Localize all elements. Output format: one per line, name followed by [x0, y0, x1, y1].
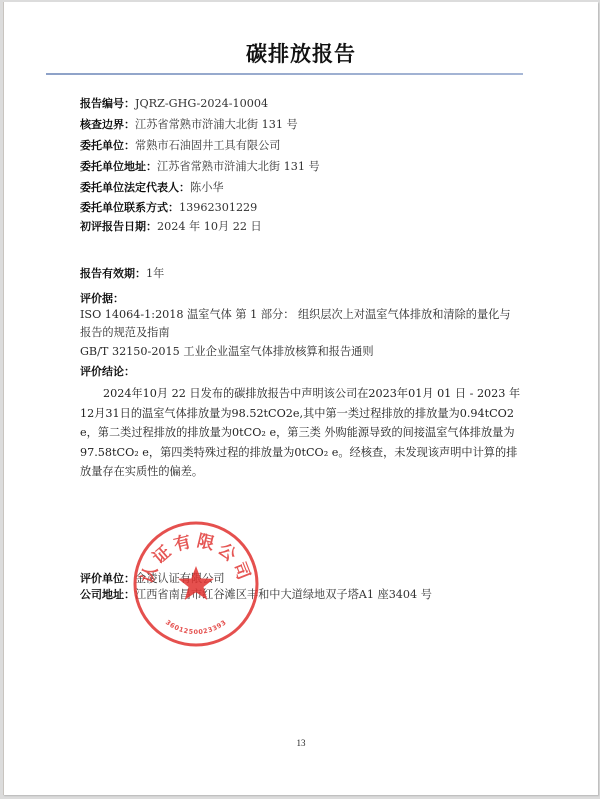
field-value: 江西省南昌市红谷滩区丰和中大道绿地双子塔A1 座3404 号: [135, 588, 432, 601]
field-evaluator-unit: 评价单位：金凌认证有限公司: [80, 572, 225, 586]
field-label: 初评报告日期：: [80, 220, 157, 233]
field-client-unit: 委托单位：常熟市石油固井工具有限公司: [80, 139, 280, 153]
conclusion-paragraph: 2024年10月 22 日发布的碳排放报告中声明该公司在2023年01月 01 …: [80, 384, 528, 482]
field-value: 1年: [146, 267, 164, 280]
field-client-address: 委托单位地址：江苏省常熟市浒浦大北街 131 号: [80, 160, 320, 174]
field-label: 评价单位：: [80, 572, 135, 585]
page-number: 13: [4, 738, 598, 748]
document-title: 碳排放报告: [4, 38, 598, 68]
field-value: 陈小华: [190, 181, 224, 194]
title-divider: [46, 73, 523, 75]
basis-label: 评价据：: [80, 292, 124, 305]
field-value: 常熟市石油固井工具有限公司: [135, 139, 280, 152]
field-label: 报告编号：: [80, 97, 135, 110]
basis-item-gbt: GB/T 32150-2015 工业企业温室气体排放核算和报告通则: [80, 343, 520, 361]
field-label: 委托单位：: [80, 139, 135, 152]
field-contact: 委托单位联系方式：13962301229: [80, 201, 257, 215]
field-value: 2024 年 10月 22 日: [157, 220, 262, 233]
field-value: 江苏省常熟市浒浦大北街 131 号: [157, 160, 320, 173]
basis-heading: 评价据：: [80, 292, 124, 306]
document-page: 碳排放报告 报告编号：JQRZ-GHG-2024-10004 核查边界：江苏省常…: [3, 2, 598, 795]
svg-text:3601250023393: 3601250023393: [164, 618, 228, 636]
field-value: JQRZ-GHG-2024-10004: [135, 97, 268, 110]
field-evaluator-address: 公司地址：江西省南昌市红谷滩区丰和中大道绿地双子塔A1 座3404 号: [80, 588, 432, 602]
conclusion-heading: 评价结论：: [80, 365, 135, 379]
field-value: 金凌认证有限公司: [135, 572, 225, 585]
conclusion-text: 2024年10月 22 日发布的碳排放报告中声明该公司在2023年01月 01 …: [80, 387, 520, 478]
basis-item-iso: ISO 14064-1:2018 温室气体 第 1 部分： 组织层次上对温室气体…: [80, 306, 520, 341]
field-label: 委托单位地址：: [80, 160, 157, 173]
field-value: 13962301229: [179, 201, 257, 214]
field-label: 报告有效期：: [80, 267, 146, 280]
field-label: 委托单位联系方式：: [80, 201, 179, 214]
field-legal-representative: 委托单位法定代表人：陈小华: [80, 181, 224, 195]
field-validity: 报告有效期：1年: [80, 267, 164, 281]
field-label: 公司地址：: [80, 588, 135, 601]
field-label: 核查边界：: [80, 118, 135, 131]
field-report-number: 报告编号：JQRZ-GHG-2024-10004: [80, 97, 268, 111]
conclusion-label: 评价结论：: [80, 365, 135, 378]
field-value: 江苏省常熟市浒浦大北街 131 号: [135, 118, 298, 131]
field-label: 委托单位法定代表人：: [80, 181, 190, 194]
field-verification-boundary: 核查边界：江苏省常熟市浒浦大北街 131 号: [80, 118, 298, 132]
field-initial-report-date: 初评报告日期：2024 年 10月 22 日: [80, 220, 262, 234]
